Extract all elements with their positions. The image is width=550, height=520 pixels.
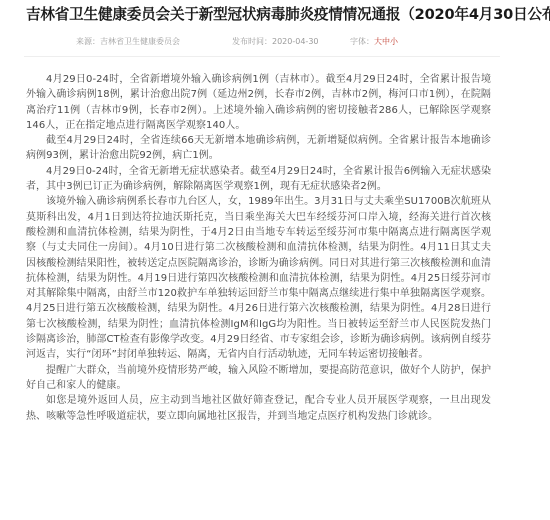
- paragraph-public-reminder: 提醒广大群众，当前境外疫情形势严峻，输入风险不断增加，要提高防范意识，做好个人防…: [26, 363, 491, 394]
- meta-source: 来源：吉林省卫生健康委员会: [76, 29, 180, 55]
- meta-source-value: 吉林省卫生健康委员会: [100, 37, 180, 46]
- article-meta: 来源：吉林省卫生健康委员会 发布时间：2020-04-30 字体：大中小: [24, 29, 500, 57]
- font-size-small-button[interactable]: 小: [390, 37, 398, 46]
- article-body: 4月29日0-24时，全省新增境外输入确诊病例1例（吉林市）。截至4月29日24…: [26, 72, 491, 424]
- meta-font-size: 字体：大中小: [350, 29, 398, 55]
- article-title: 吉林省卫生健康委员会关于新型冠状病毒肺炎疫情情况通报（2020年4月30日公布）: [26, 4, 546, 26]
- paragraph-local-cases: 截至4月29日24时，全省连续66天无新增本地确诊病例，无新增疑似病例。全省累计…: [26, 133, 491, 164]
- paragraph-imported-cases: 4月29日0-24时，全省新增境外输入确诊病例1例（吉林市）。截至4月29日24…: [26, 72, 491, 133]
- meta-font-label: 字体：: [350, 37, 374, 46]
- article-page: 吉林省卫生健康委员会关于新型冠状病毒肺炎疫情情况通报（2020年4月30日公布）…: [0, 0, 550, 520]
- meta-date: 发布时间：2020-04-30: [232, 29, 319, 55]
- paragraph-case-details: 该境外输入确诊病例系长春市九台区人，女，1989年出生。3月31日与丈夫乘坐SU…: [26, 194, 491, 362]
- font-size-large-button[interactable]: 大: [374, 37, 382, 46]
- meta-date-label: 发布时间：: [232, 37, 272, 46]
- paragraph-returnee-guidance: 如您是境外返回人员，应主动到当地社区做好筛查登记，配合专业人员开展医学观察，一旦…: [26, 393, 491, 424]
- font-size-medium-button[interactable]: 中: [382, 37, 390, 46]
- paragraph-asymptomatic: 4月29日0-24时，全省无新增无症状感染者。截至4月29日24时，全省累计报告…: [26, 164, 491, 195]
- meta-source-label: 来源：: [76, 37, 100, 46]
- meta-date-value: 2020-04-30: [272, 37, 319, 46]
